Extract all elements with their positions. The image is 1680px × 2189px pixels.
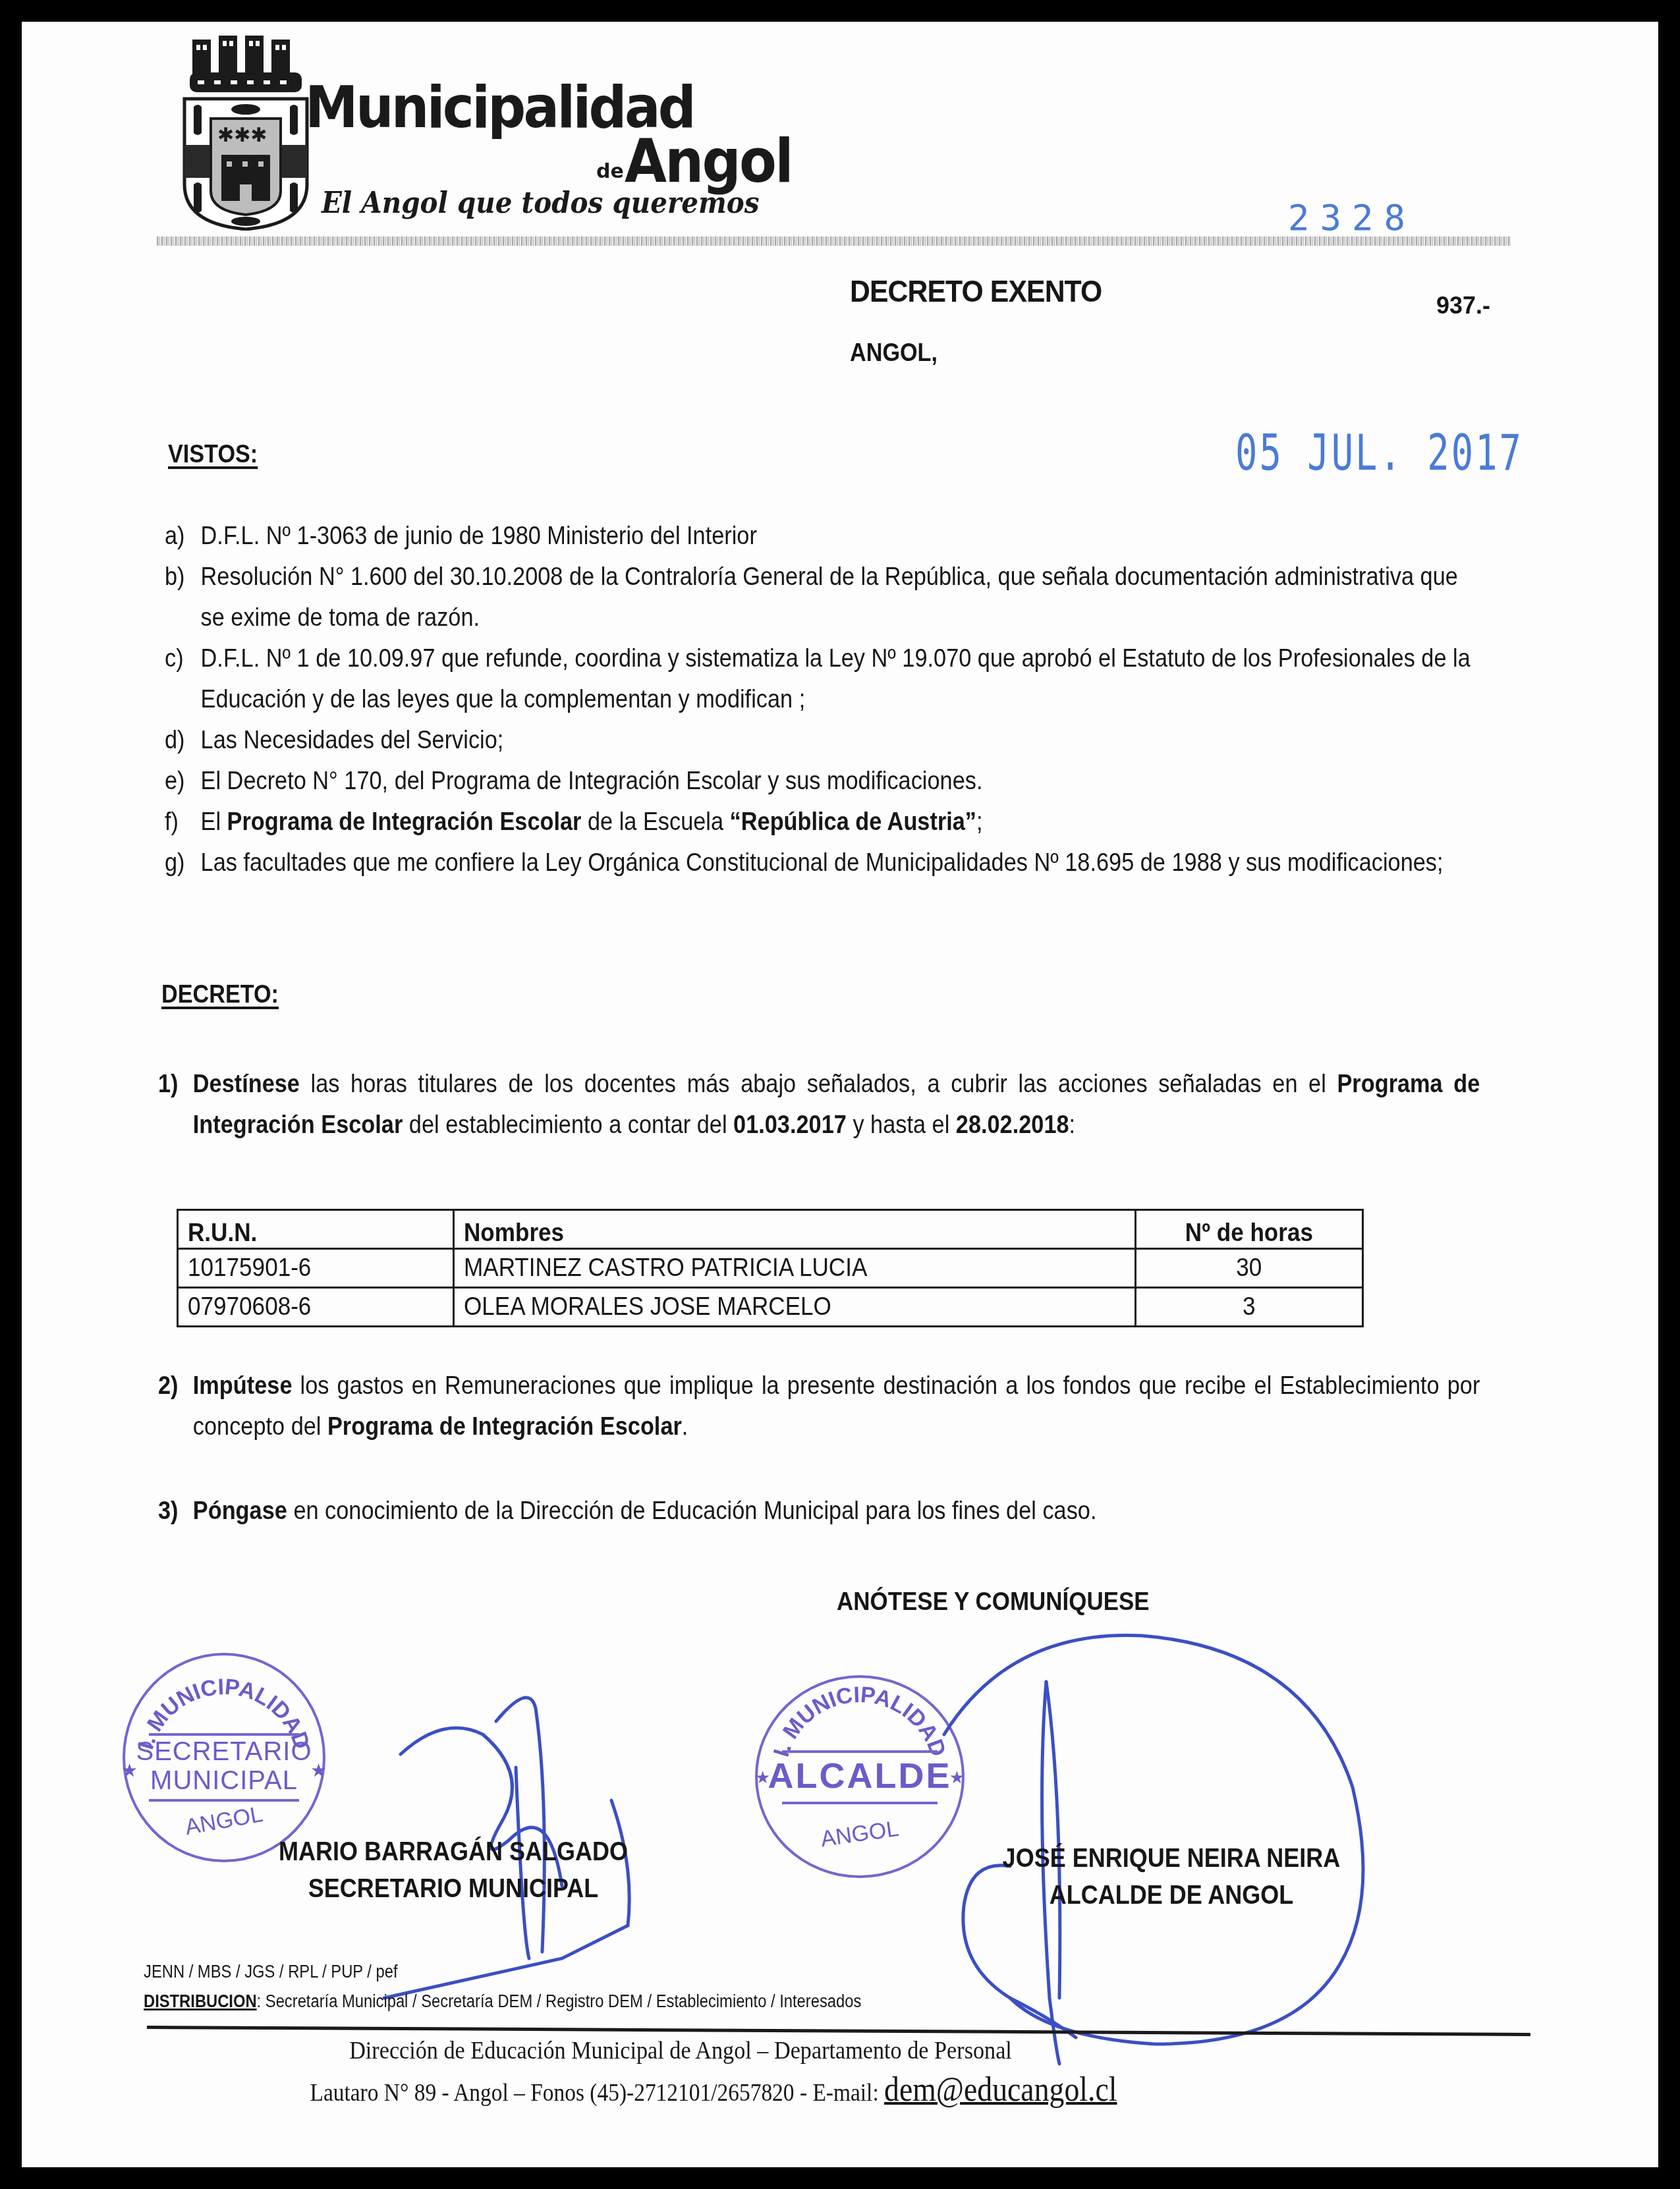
secretary-role: SECRETARIO MUNICIPAL bbox=[246, 1870, 661, 1907]
body-text: las horas titulares de los docentes más … bbox=[300, 1070, 1337, 1098]
table-row: 07970608-6 OLEA MORALES JOSE MARCELO 3 bbox=[178, 1288, 1363, 1327]
mayor-name: JOSÉ ENRIQUE NEIRA NEIRA bbox=[964, 1840, 1379, 1877]
emphasis-text: Impútese bbox=[193, 1372, 293, 1400]
body-text: : bbox=[1069, 1111, 1076, 1139]
mayor-role: ALCALDE DE ANGOL bbox=[964, 1877, 1379, 1914]
table-header-row: R.U.N. Nombres Nº de horas bbox=[178, 1210, 1363, 1249]
column-header-names: Nombres bbox=[454, 1210, 1136, 1249]
emphasis-text: 01.03.2017 bbox=[733, 1111, 847, 1139]
paragraph-number: 2) bbox=[158, 1366, 179, 1406]
body-text: y hasta el bbox=[847, 1111, 956, 1139]
vistos-item: d)Las Necesidades del Servicio; bbox=[165, 720, 1475, 761]
footer-contact: Lautaro N° 89 - Angol – Fonos (45)-27121… bbox=[105, 2070, 1322, 2109]
seal-top-text: I. MUNICIPALIDAD bbox=[769, 1682, 951, 1760]
emphasis-text: 28.02.2018 bbox=[956, 1111, 1069, 1139]
column-header-run: R.U.N. bbox=[178, 1210, 454, 1249]
secretary-signature-block: MARIO BARRAGÁN SALGADO SECRETARIO MUNICI… bbox=[246, 1833, 661, 1907]
body-text: D.F.L. Nº 1-3063 de junio de 1980 Minist… bbox=[201, 522, 757, 550]
star-icon: ★ bbox=[310, 1760, 327, 1781]
decree-paragraph-2: 2)Impútese los gastos en Remuneraciones … bbox=[158, 1366, 1480, 1447]
distribution-line: DISTRIBUCION: Secretaría Municipal / Sec… bbox=[144, 1991, 861, 2012]
footer-email-link[interactable]: dem@educangol.cl bbox=[884, 2071, 1117, 2109]
vistos-heading: VISTOS: bbox=[168, 441, 258, 469]
body-text: Resolución N° 1.600 del 30.10.2008 de la… bbox=[201, 563, 1458, 632]
emphasis-text: Destínese bbox=[193, 1070, 300, 1098]
cell-name: MARTINEZ CASTRO PATRICIA LUCIA bbox=[454, 1249, 1136, 1288]
paragraph-number: 1) bbox=[158, 1064, 179, 1105]
paragraph-number: 3) bbox=[158, 1491, 179, 1532]
star-icon: ★ bbox=[121, 1760, 138, 1781]
seal-middle-text-2: MUNICIPAL bbox=[125, 1766, 323, 1796]
document-page: ✱✱✱ Municipalidad de Angol El Angol que … bbox=[22, 22, 1658, 2167]
decree-number: 937.- bbox=[1436, 292, 1490, 319]
body-text: en conocimiento de la Dirección de Educa… bbox=[287, 1497, 1097, 1525]
body-text: ; bbox=[976, 808, 983, 836]
cell-name: OLEA MORALES JOSE MARCELO bbox=[454, 1288, 1136, 1327]
list-marker: e) bbox=[165, 761, 185, 802]
secretary-seal: I. MUNICIPALIDAD SECRETARIO MUNICIPAL AN… bbox=[123, 1653, 325, 1862]
vistos-item: f)El Programa de Integración Escolar de … bbox=[165, 802, 1475, 843]
decreto-heading: DECRETO: bbox=[161, 981, 279, 1009]
vistos-item: g)Las facultades que me confiere la Ley … bbox=[165, 843, 1475, 883]
body-text: El Decreto N° 170, del Programa de Integ… bbox=[201, 767, 983, 795]
decree-title: DECRETO EXENTO bbox=[850, 273, 1102, 309]
vistos-item: b)Resolución N° 1.600 del 30.10.2008 de … bbox=[165, 557, 1475, 638]
mayor-signature-block: JOSÉ ENRIQUE NEIRA NEIRA ALCALDE DE ANGO… bbox=[964, 1840, 1379, 1914]
list-marker: c) bbox=[165, 638, 184, 679]
list-marker: g) bbox=[165, 843, 185, 883]
star-icon: ★ bbox=[755, 1767, 770, 1788]
body-text: Las Necesidades del Servicio; bbox=[201, 726, 504, 754]
footer-divider bbox=[147, 2026, 1530, 2036]
decree-paragraph-1: 1)Destínese las horas titulares de los d… bbox=[158, 1064, 1480, 1146]
star-icon: ★ bbox=[949, 1767, 965, 1788]
emphasis-text: Póngase bbox=[193, 1497, 287, 1525]
list-marker: d) bbox=[165, 720, 185, 761]
registry-stamp: 2328 bbox=[1288, 197, 1416, 238]
emphasis-text: “República de Austria” bbox=[730, 808, 976, 836]
distribution-label: DISTRIBUCION bbox=[144, 1991, 257, 2011]
body-text: de la Escuela bbox=[581, 808, 729, 836]
cell-run: 10175901-6 bbox=[178, 1249, 454, 1288]
cell-hours: 30 bbox=[1136, 1249, 1363, 1288]
column-header-hours: Nº de horas bbox=[1136, 1210, 1363, 1249]
list-marker: f) bbox=[165, 802, 179, 843]
brand-de: de bbox=[596, 160, 624, 183]
list-marker: a) bbox=[165, 516, 185, 557]
body-text: El bbox=[201, 808, 227, 836]
distribution-recipients: : Secretaría Municipal / Secretaría DEM … bbox=[257, 1991, 862, 2011]
secretary-name: MARIO BARRAGÁN SALGADO bbox=[246, 1833, 661, 1870]
footer-address: Lautaro N° 89 - Angol – Fonos (45)-27121… bbox=[310, 2079, 884, 2107]
cell-run: 07970608-6 bbox=[178, 1288, 454, 1327]
svg-text:I. MUNICIPALIDAD: I. MUNICIPALIDAD bbox=[769, 1682, 951, 1760]
seal-middle-text: ALCALDE bbox=[758, 1756, 962, 1796]
emphasis-text: Programa de Integración Escolar bbox=[327, 1412, 682, 1441]
coat-of-arms-icon: ✱✱✱ bbox=[178, 33, 316, 231]
body-text: del establecimiento a contar del bbox=[403, 1111, 733, 1139]
vistos-list: a)D.F.L. Nº 1-3063 de junio de 1980 Mini… bbox=[165, 516, 1475, 883]
drafter-initials: JENN / MBS / JGS / RPL / PUP / pef bbox=[144, 1962, 398, 1982]
vistos-item: e)El Decreto N° 170, del Programa de Int… bbox=[165, 761, 1475, 802]
cell-hours: 3 bbox=[1136, 1288, 1363, 1327]
table-row: 10175901-6 MARTINEZ CASTRO PATRICIA LUCI… bbox=[178, 1249, 1363, 1288]
brand-tagline: El Angol que todos queremos bbox=[322, 186, 760, 220]
decree-city: ANGOL, bbox=[850, 339, 938, 368]
vistos-item: c)D.F.L. Nº 1 de 10.09.97 que refunde, c… bbox=[165, 638, 1475, 720]
mayor-seal: I. MUNICIPALIDAD ALCALDE ANGOL ★ ★ bbox=[755, 1675, 965, 1878]
teachers-table: R.U.N. Nombres Nº de horas 10175901-6 MA… bbox=[177, 1209, 1364, 1327]
seal-middle-text: SECRETARIO bbox=[125, 1737, 323, 1767]
svg-text:✱✱✱: ✱✱✱ bbox=[217, 124, 267, 147]
date-stamp: 05 JUL. 2017 bbox=[1235, 425, 1523, 482]
body-text: Las facultades que me confiere la Ley Or… bbox=[201, 848, 1443, 877]
vistos-item: a)D.F.L. Nº 1-3063 de junio de 1980 Mini… bbox=[165, 516, 1475, 557]
body-text: . bbox=[682, 1412, 688, 1441]
footer-department: Dirección de Educación Municipal de Ango… bbox=[88, 2036, 1274, 2065]
list-marker: b) bbox=[165, 557, 185, 597]
body-text: D.F.L. Nº 1 de 10.09.97 que refunde, coo… bbox=[201, 644, 1470, 713]
emphasis-text: Programa de Integración Escolar bbox=[227, 808, 582, 836]
closing-formula: ANÓTESE Y COMUNÍQUESE bbox=[837, 1588, 1150, 1617]
decree-paragraph-3: 3)Póngase en conocimiento de la Direcció… bbox=[158, 1491, 1480, 1532]
